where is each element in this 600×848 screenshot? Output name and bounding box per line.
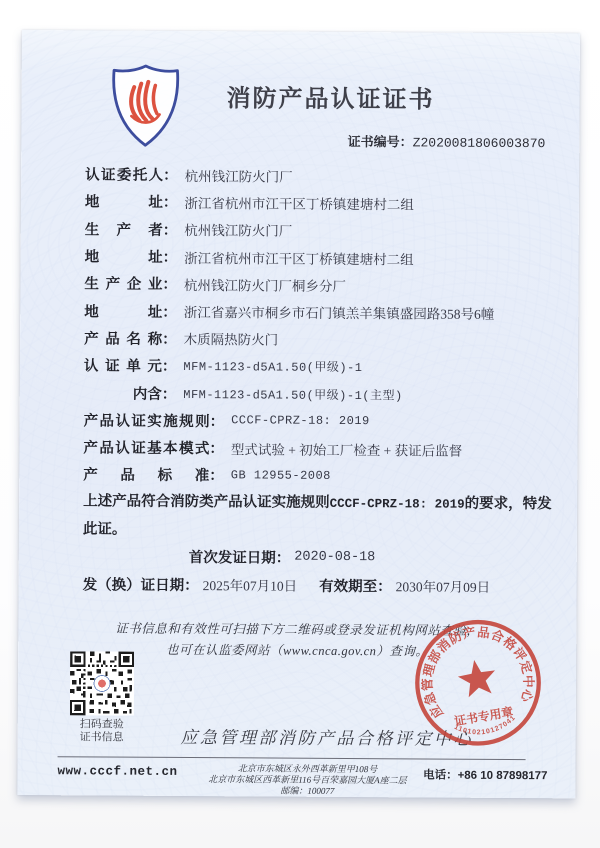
field-value: 木质隔热防火门 [184,328,279,349]
field-colon: ： [162,382,177,403]
seal-star [456,657,499,699]
field-label: 生产企业 [84,273,162,294]
field-value: 浙江省杭州市江干区丁桥镇建塘村二组 [184,247,414,268]
official-seal: 应急管理部消防产品合格评定中心 证书专用章 11010210127041 [402,607,554,759]
field-colon: ： [162,273,177,294]
field-value: 浙江省杭州市江干区丁桥镇建塘村二组 [184,192,414,213]
valid-until-value: 2030年07月09日 [396,575,491,596]
certificate-sheet: 消防产品认证证书 证书编号：Z2020081806003870 认证委托人： 杭… [17,30,580,798]
field-colon: ： [162,355,177,376]
field-row-applicant: 认证委托人： 杭州钱江防火门厂 [85,160,571,190]
certificate-body: 认证委托人： 杭州钱江防火门厂 地址： 浙江省杭州市江干区丁桥镇建塘村二组 生产… [83,160,572,600]
statement-prefix: 上述产品符合消防类产品认证实施规则 [83,493,330,511]
footer-divider [58,756,526,760]
qr-caption-line2: 证书信息 [80,731,124,743]
footer-address-line1: 北京市东城区永外西革新里甲108号 [238,763,378,774]
field-row-production-enterprise: 生产企业： 杭州钱江防火门厂桐乡分厂 [84,270,570,300]
field-row-certification-unit: 认证单元： MFM-1123-d5A1.50(甲级)-1 [84,351,570,381]
field-colon: ： [163,191,178,212]
field-colon: ： [210,410,225,431]
footer: www.cccf.net.cn 北京市东城区永外西革新里甲108号 北京市东城区… [57,762,547,798]
field-value: 浙江省嘉兴市桐乡市石门镇羔羊集镇盛园路358号6幢 [184,301,495,323]
field-label: 产品认证基本模式 [83,436,209,458]
scanned-page: 消防产品认证证书 证书编号：Z2020081806003870 认证委托人： 杭… [0,0,600,848]
field-value: 杭州钱江防火门厂 [185,165,293,186]
verification-note-line2: 也可在认监委网站（www.cnca.gov.cn）查询。 [166,642,429,658]
field-label: 认证单元 [84,355,162,376]
field-row-product-name: 产品名称： 木质隔热防火门 [84,324,570,354]
field-label: 产品名称 [84,327,162,348]
field-label: 地址 [85,245,163,266]
field-row-implementation-rule: 产品认证实施规则： CCCF-CPRZ-18: 2019 [84,406,570,436]
field-label: 地址 [85,191,163,212]
statement-suffix: 的要求，特发 [465,495,552,512]
valid-until-label: 有效期至： [319,574,392,595]
field-label: 生产者 [85,218,163,239]
field-value: MFM-1123-d5A1.50(甲级)-1 [183,357,362,375]
footer-phone: 电话：+86 10 87898177 [407,764,547,783]
qr-caption: 扫码查验 证书信息 [56,718,148,745]
field-colon: ： [163,219,178,240]
field-label: 认证委托人 [85,164,163,185]
qr-code [70,651,134,715]
field-label: 地址 [84,300,162,321]
footer-address-line2: 北京市东城区西革新里116号百荣嘉园大厦A座二层 [208,774,406,785]
first-issue-date-line: 首次发证日期： 2020-08-18 [83,543,569,573]
reissue-date-label: 发（换）证日期： [83,573,199,595]
first-issue-date-value: 2020-08-18 [294,550,375,565]
conformity-statement: 上述产品符合消防类产品认证实施规则CCCF-CPRZ-18: 2019的要求，特… [83,488,569,546]
field-colon: ： [209,465,224,486]
field-row-enterprise-address: 地址： 浙江省嘉兴市桐乡市石门镇羔羊集镇盛园路358号6幢 [84,297,570,327]
field-label: 内含 [84,382,162,403]
field-label: 产品认证实施规则 [84,409,210,431]
statement-rule-code: CCCF-CPRZ-18: 2019 [330,496,465,511]
certificate-number-label: 证书编号： [348,134,413,149]
certificate-number-value: Z2020081806003870 [413,135,546,151]
field-row-applicant-address: 地址： 浙江省杭州市江干区丁桥镇建塘村二组 [85,188,571,218]
field-row-manufacturer-address: 地址： 浙江省杭州市江干区丁桥镇建塘村二组 [85,242,571,272]
certificate-number-line: 证书编号：Z2020081806003870 [348,131,546,151]
field-value: 杭州钱江防火门厂 [184,219,292,240]
field-colon: ： [162,328,177,349]
field-label: 产品标准 [83,464,209,486]
field-row-product-standard: 产品标准： GB 12955-2008 [83,461,569,491]
field-colon: ： [162,300,177,321]
qr-caption-line1: 扫码查验 [80,718,124,730]
first-issue-date-label: 首次发证日期： [189,546,291,568]
field-colon: ： [209,437,224,458]
field-value: 型式试验 + 初始工厂检查 + 获证后监督 [231,438,462,459]
certificate-title: 消防产品认证证书 [21,77,579,115]
footer-website: www.cccf.net.cn [57,762,207,779]
statement-line2: 此证。 [83,521,127,537]
footer-postcode: 邮编：100077 [280,786,334,796]
field-value: CCCF-CPRZ-18: 2019 [231,414,370,429]
field-row-certification-mode: 产品认证基本模式： 型式试验 + 初始工厂检查 + 获证后监督 [83,433,569,463]
field-value: GB 12955-2008 [231,468,331,483]
footer-address-block: 北京市东城区永外西革新里甲108号 北京市东城区西革新里116号百荣嘉园大厦A座… [207,763,407,797]
reissue-date-line: 发（换）证日期： 2025年07月10日 有效期至： 2030年07月09日 [83,570,569,600]
field-row-manufacturer: 生产者： 杭州钱江防火门厂 [85,215,571,245]
field-value: 杭州钱江防火门厂桐乡分厂 [184,274,346,295]
field-value: MFM-1123-d5A1.50(甲级)-1(主型) [183,385,403,403]
field-colon: ： [163,246,178,267]
field-row-included-models: 内含： MFM-1123-d5A1.50(甲级)-1(主型) [84,379,570,409]
reissue-date-value: 2025年07月10日 [203,574,298,595]
field-colon: ： [163,164,178,185]
